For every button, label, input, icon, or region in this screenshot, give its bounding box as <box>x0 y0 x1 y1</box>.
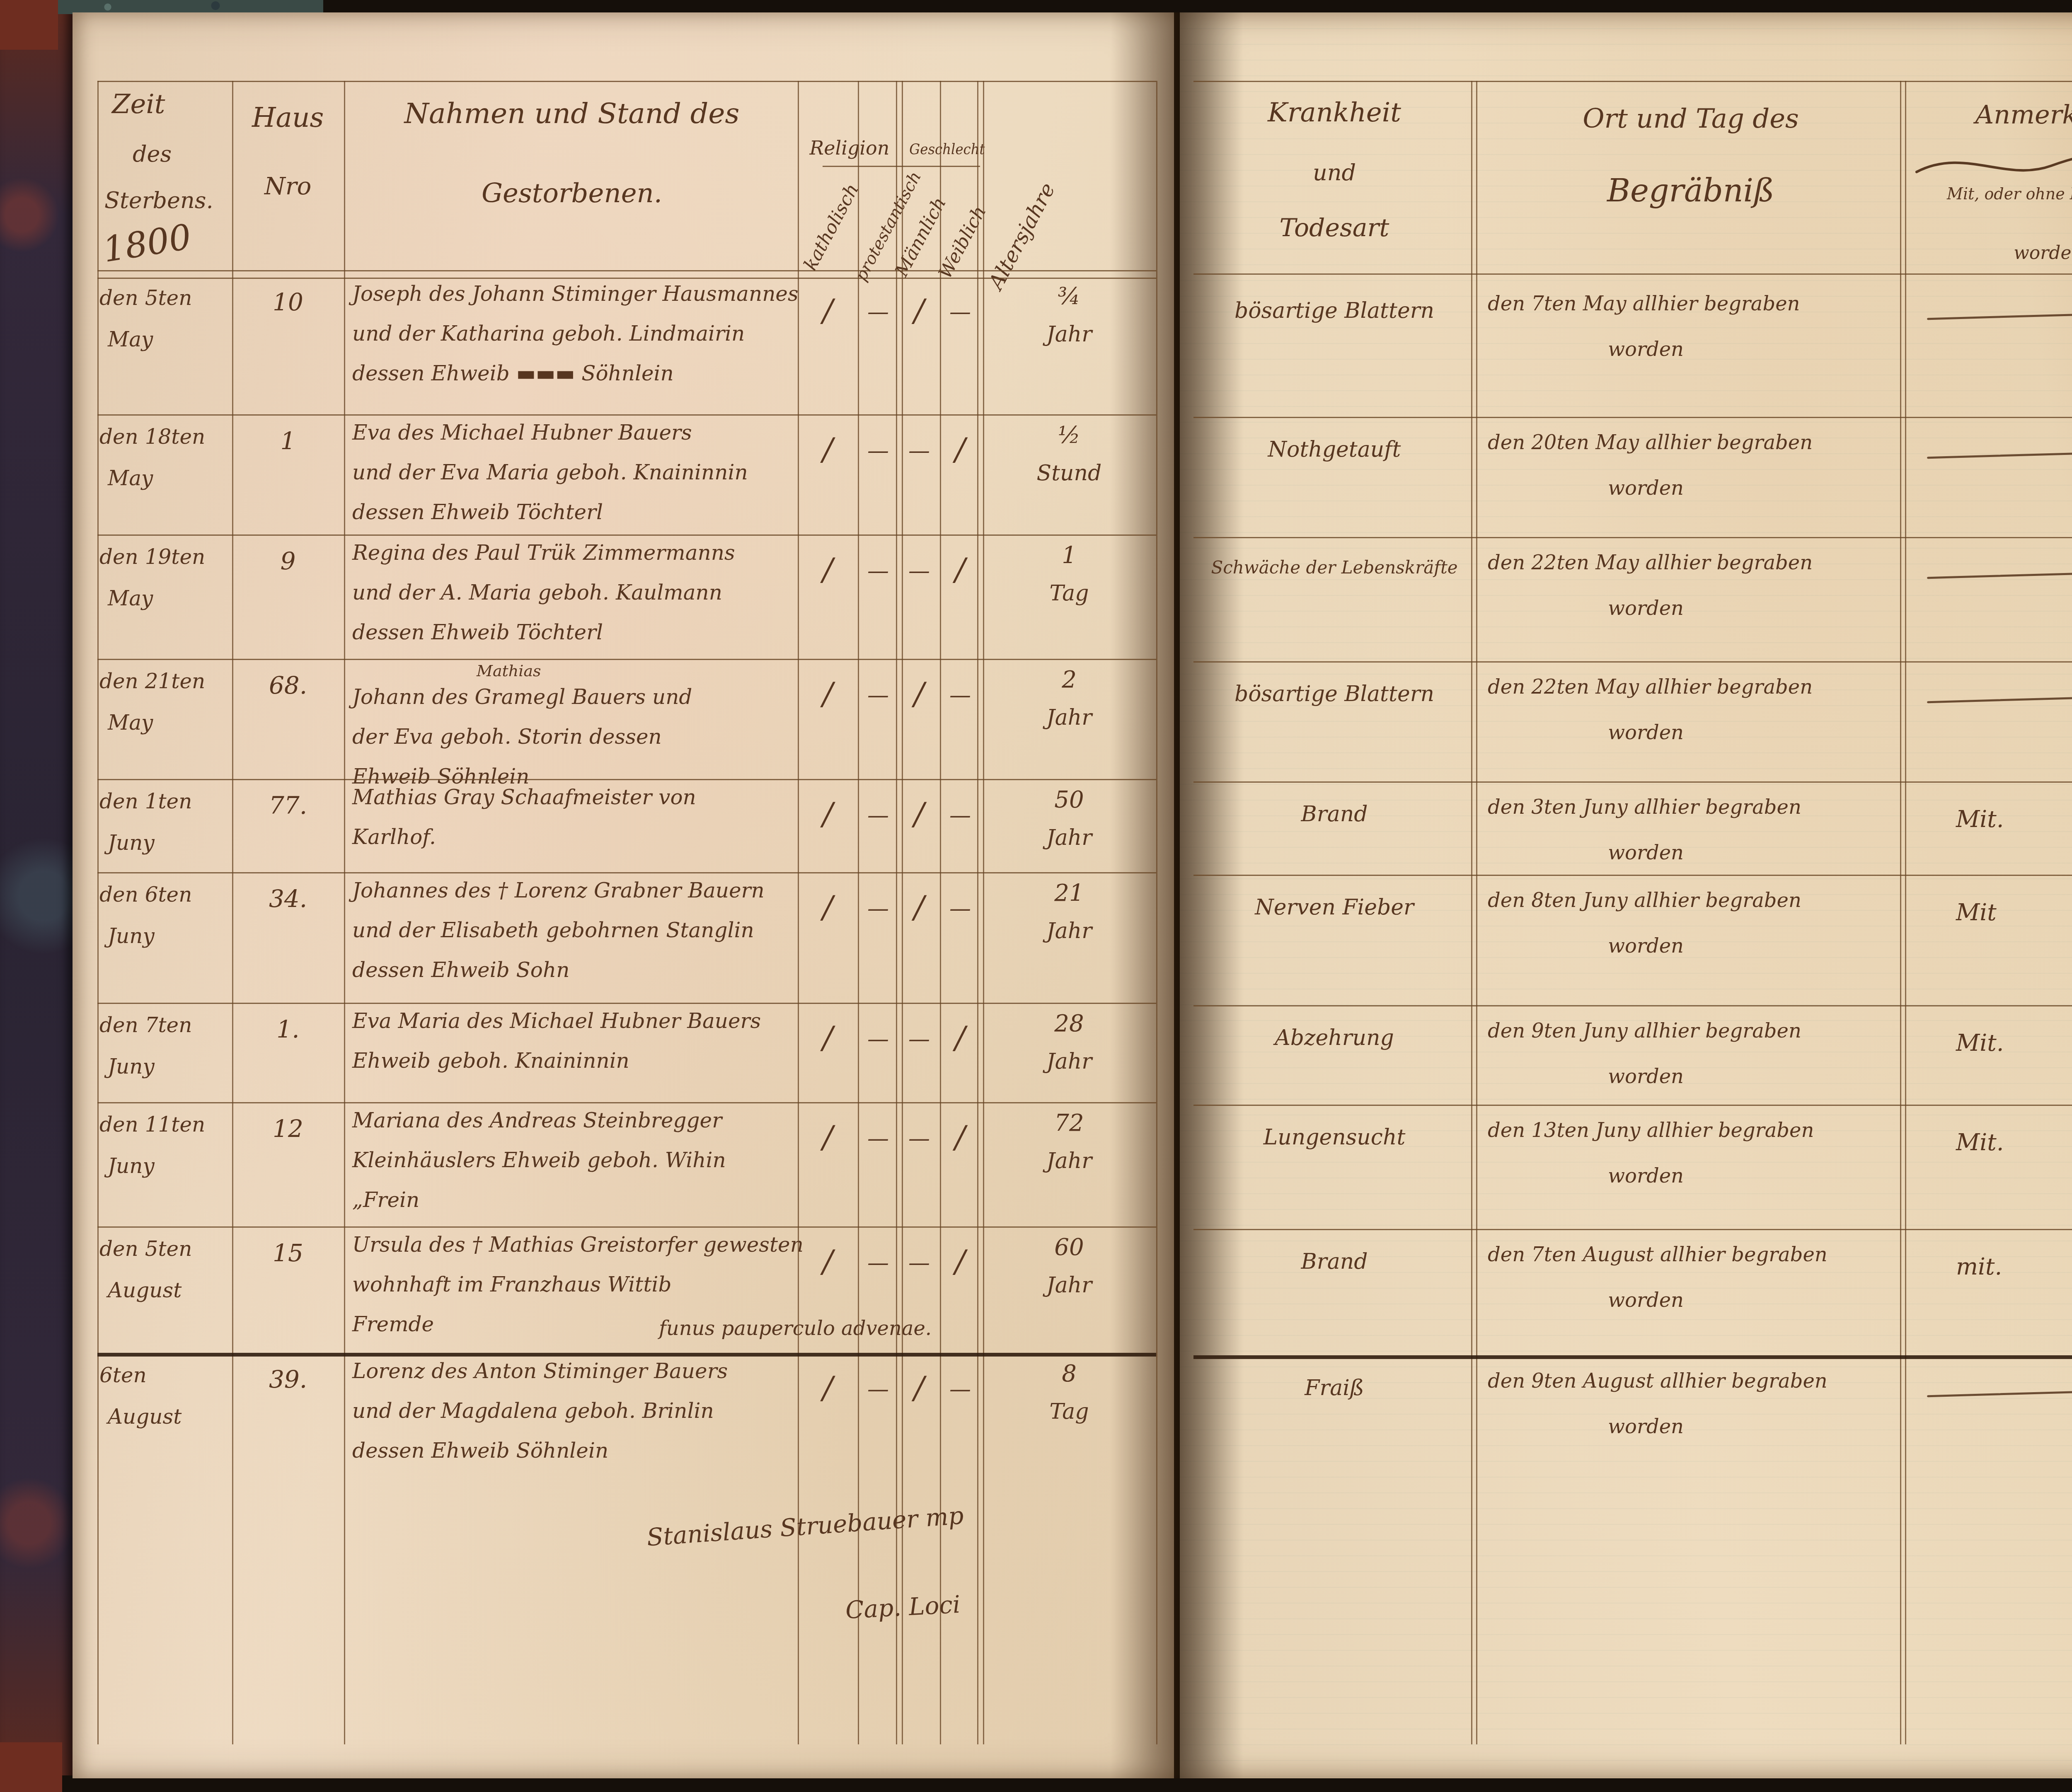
header-begraebniss: Begräbniß <box>1488 172 1894 209</box>
burial-place-date-line1: den 7ten May allhier begraben <box>1488 292 1800 315</box>
header-krankheit: Krankheit <box>1202 97 1467 128</box>
age-value: 8 <box>984 1360 1154 1387</box>
deceased-name-line: Mathias Gray Schaafmeister von <box>352 785 696 809</box>
age-unit: Jahr <box>984 919 1154 943</box>
death-date-line2: Juny <box>108 924 155 948</box>
religion-mark-protestantisch: — <box>858 438 898 463</box>
deceased-name-line: dessen Ehweib Töchterl <box>352 620 603 644</box>
header-haus-nro: Nro <box>264 172 311 200</box>
row-separator <box>97 872 1156 873</box>
column-rule <box>1156 81 1157 1744</box>
column-rule <box>232 81 233 1744</box>
deceased-name-line: und der Elisabeth gebohrnen Stanglin <box>352 918 754 942</box>
row-separator <box>1193 417 2072 418</box>
religion-mark-protestantisch: — <box>858 803 898 828</box>
clergy-signature-line2: Cap. Loci <box>845 1590 961 1624</box>
column-rule <box>1471 81 1472 1744</box>
sex-mark-weiblich: / <box>940 1120 980 1155</box>
sex-mark-weiblich: — <box>940 896 980 921</box>
deceased-name-line: und der A. Maria geboh. Kaulmann <box>352 580 722 605</box>
remark-sacraments: Mit <box>1956 899 1997 926</box>
sex-mark-maennlich: / <box>898 1370 940 1406</box>
age-value: 2 <box>984 666 1154 693</box>
death-date-line2: August <box>108 1405 182 1429</box>
religion-mark-protestantisch: — <box>858 1377 898 1402</box>
deceased-name-line: Joseph des Johann Stiminger Hausmannes <box>352 282 799 306</box>
leather-corner-bottom-left <box>0 1742 62 1792</box>
house-number: 12 <box>232 1115 344 1143</box>
deceased-name-line: dessen Ehweib Söhnlein <box>352 1439 608 1463</box>
column-rule <box>97 81 99 1744</box>
age-value: 60 <box>984 1234 1154 1261</box>
column-rule <box>940 81 941 1744</box>
deceased-name-line: „Frein <box>352 1188 419 1212</box>
burial-place-date-line1: den 20ten May allhier begraben <box>1488 431 1813 454</box>
death-date-line2: Juny <box>108 1054 155 1079</box>
burial-place-date-line1: den 13ten Juny allhier begraben <box>1488 1119 1814 1142</box>
religion-mark-katholisch: / <box>798 293 858 329</box>
header-todesart: Todesart <box>1202 213 1467 242</box>
row-separator <box>1193 875 2072 876</box>
column-rule <box>858 81 859 1744</box>
religion-mark-katholisch: / <box>798 1244 858 1279</box>
death-date-line1: den 5ten <box>99 286 192 310</box>
header-anmerkung: Anmerkung <box>1919 99 2072 130</box>
burial-place-date-line2: worden <box>1608 1289 1684 1312</box>
illness-cause-of-death: Nerven Fieber <box>1202 895 1467 920</box>
deceased-name-line: dessen Ehweib ▬▬▬ Söhnlein <box>352 361 674 385</box>
burial-place-date-line2: worden <box>1608 721 1684 744</box>
death-date-line2: May <box>108 586 153 610</box>
row-separator <box>1193 1005 2072 1006</box>
burial-place-date-line2: worden <box>1608 1415 1684 1438</box>
age-unit: Jahr <box>984 705 1154 730</box>
header-haus: Haus <box>252 102 324 133</box>
ink-flourish <box>1915 143 2072 189</box>
header-zeit: Zeit <box>112 89 165 120</box>
house-number: 68. <box>232 671 344 699</box>
burial-place-date-line1: den 9ten August allhier begraben <box>1488 1369 1828 1393</box>
deceased-name-line: dessen Ehweib Töchterl <box>352 500 603 524</box>
sex-mark-maennlich: — <box>898 1027 940 1052</box>
column-rule <box>1905 81 1906 1744</box>
religion-mark-protestantisch: — <box>858 300 898 324</box>
religion-mark-protestantisch: — <box>858 1250 898 1275</box>
header-gestorbenen: Gestorbenen. <box>352 178 792 209</box>
age-unit: Jahr <box>984 1049 1154 1074</box>
sex-mark-maennlich: / <box>898 676 940 712</box>
page-top-rule <box>1193 81 2072 82</box>
deceased-name-line: und der Eva Maria geboh. Knaininnin <box>352 460 748 484</box>
sex-mark-maennlich: / <box>898 796 940 832</box>
illness-cause-of-death: Lungensucht <box>1202 1125 1467 1150</box>
deceased-name-line: Lorenz des Anton Stiminger Bauers <box>352 1359 728 1383</box>
age-value: 21 <box>984 880 1154 907</box>
age-unit: Jahr <box>984 322 1154 347</box>
sex-mark-maennlich: — <box>898 559 940 583</box>
row-separator <box>1193 1105 2072 1106</box>
age-unit: Jahr <box>984 1273 1154 1298</box>
burial-place-date-line2: worden <box>1608 934 1684 958</box>
religion-mark-protestantisch: — <box>858 683 898 708</box>
death-date-line1: den 5ten <box>99 1237 192 1261</box>
age-unit: Tag <box>984 581 1154 606</box>
illness-cause-of-death: bösartige Blattern <box>1202 682 1467 706</box>
burial-place-date-line2: worden <box>1608 841 1684 864</box>
header-sterbens: Sterbens. <box>104 187 213 213</box>
burial-place-date-line2: worden <box>1608 476 1684 500</box>
column-rule <box>977 81 978 1744</box>
row-separator <box>1193 1355 2072 1359</box>
illness-cause-of-death: Schwäche der Lebenskräfte <box>1202 557 1467 578</box>
header-remark-sub: Mit, oder ohne Hl. Sakramenten <box>1919 184 2072 203</box>
row-separator <box>97 1353 1156 1357</box>
house-number: 15 <box>232 1239 344 1267</box>
sex-mark-maennlich: / <box>898 890 940 925</box>
deceased-name-line: Ehweib geboh. Knaininnin <box>352 1049 629 1073</box>
row-separator <box>97 1226 1156 1228</box>
page-top-rule <box>97 81 1156 82</box>
burial-place-date-line1: den 7ten August allhier begraben <box>1488 1243 1828 1266</box>
column-rule <box>983 81 984 1744</box>
column-rule <box>798 81 799 1744</box>
deceased-name-line: Fremde <box>352 1312 434 1336</box>
deceased-name-line: der Eva geboh. Storin dessen <box>352 725 662 749</box>
religion-mark-protestantisch: — <box>858 896 898 921</box>
sex-mark-weiblich: — <box>940 803 980 828</box>
burial-place-date-line1: den 8ten Juny allhier begraben <box>1488 889 1801 912</box>
religion-mark-protestantisch: — <box>858 1027 898 1052</box>
age-value: ¾ <box>984 283 1154 310</box>
burial-place-date-line1: den 3ten Juny allhier begraben <box>1488 796 1801 819</box>
header-rule <box>97 270 1156 271</box>
burial-place-date-line1: den 22ten May allhier begraben <box>1488 675 1813 699</box>
age-value: 28 <box>984 1010 1154 1037</box>
house-number: 39. <box>232 1365 344 1393</box>
remark-sacraments: Mit. <box>1956 806 2004 833</box>
deceased-name-line: Karlhof. <box>352 825 436 849</box>
leather-corner-top-left <box>0 0 58 50</box>
header-remark-sub2: worden. <box>1968 242 2072 264</box>
column-rule <box>1476 81 1477 1744</box>
burial-place-date-line1: den 22ten May allhier begraben <box>1488 551 1813 574</box>
header-religion: Religion <box>800 137 899 159</box>
illness-cause-of-death: Abzehrung <box>1202 1025 1467 1050</box>
column-rule <box>902 81 903 1744</box>
burial-place-date-line2: worden <box>1608 597 1684 620</box>
deceased-name-line: Mariana des Andreas Steinbregger <box>352 1108 722 1132</box>
deceased-name-line: wohnhaft im Franzhaus Wittib <box>352 1272 672 1296</box>
religion-mark-katholisch: / <box>798 1120 858 1155</box>
death-date-line1: den 21ten <box>99 669 205 693</box>
header-des: des <box>133 141 172 167</box>
house-number: 77. <box>232 791 344 820</box>
sex-mark-weiblich: — <box>940 1377 980 1402</box>
death-date-line2: May <box>108 327 153 351</box>
row-separator <box>97 1003 1156 1004</box>
deceased-name-line: Eva Maria des Michael Hubner Bauers <box>352 1009 761 1033</box>
deceased-name-line: und der Katharina geboh. Lindmairin <box>352 322 745 346</box>
religion-mark-katholisch: / <box>798 890 858 925</box>
age-value: 50 <box>984 786 1154 813</box>
row-separator <box>97 779 1156 780</box>
header-und: und <box>1202 160 1467 186</box>
age-value: 1 <box>984 542 1154 569</box>
register-book-spread: Zeit des Sterbens. 1800 Haus Nro Nahmen … <box>0 0 2072 1792</box>
deceased-name-line: Eva des Michael Hubner Bauers <box>352 421 692 445</box>
death-date-line1: den 6ten <box>99 883 192 907</box>
burial-place-date-line2: worden <box>1608 338 1684 361</box>
age-value: ½ <box>984 422 1154 449</box>
age-unit: Tag <box>984 1399 1154 1424</box>
illness-cause-of-death: Brand <box>1202 1249 1467 1274</box>
row-separator <box>97 414 1156 416</box>
death-date-line1: den 1ten <box>99 789 192 813</box>
sex-mark-maennlich: / <box>898 293 940 329</box>
death-date-line2: May <box>108 466 153 490</box>
death-date-line1: den 7ten <box>99 1013 192 1037</box>
religion-mark-protestantisch: — <box>858 559 898 583</box>
burial-place-date-line2: worden <box>1608 1065 1684 1088</box>
row-separator <box>1193 781 2072 783</box>
religion-mark-katholisch: / <box>798 676 858 712</box>
age-value: 72 <box>984 1110 1154 1137</box>
deceased-name-line: Kleinhäuslers Ehweib geboh. Wihin <box>352 1148 726 1172</box>
header-name-stand: Nahmen und Stand des <box>352 97 792 130</box>
header-ort-tag: Ort und Tag des <box>1488 104 1894 134</box>
row-separator <box>1193 1229 2072 1230</box>
sex-mark-weiblich: — <box>940 300 980 324</box>
sex-mark-maennlich: — <box>898 438 940 463</box>
burial-place-date-line1: den 9ten Juny allhier begraben <box>1488 1019 1801 1042</box>
house-number: 9 <box>232 547 344 575</box>
deceased-name-line: Johannes des † Lorenz Grabner Bauern <box>352 878 765 902</box>
house-number: 1 <box>232 427 344 455</box>
death-date-line1: den 11ten <box>99 1112 205 1137</box>
header-rule <box>97 278 1156 279</box>
row-separator <box>97 1102 1156 1103</box>
illness-cause-of-death: Fraiß <box>1202 1376 1467 1400</box>
remark-sacraments: Mit. <box>1956 1030 2004 1057</box>
death-date-line1: 6ten <box>99 1363 147 1387</box>
column-rule <box>1900 81 1901 1744</box>
death-date-line2: August <box>108 1278 182 1302</box>
row-separator <box>1193 537 2072 538</box>
religion-mark-katholisch: / <box>798 1370 858 1406</box>
row-separator <box>97 659 1156 660</box>
deceased-name-line: Johann des Gramegl Bauers und <box>352 685 692 709</box>
religion-mark-katholisch: / <box>798 432 858 467</box>
deceased-name-line: Regina des Paul Trük Zimmermanns <box>352 541 735 565</box>
column-rule <box>344 81 345 1744</box>
sex-mark-weiblich: / <box>940 552 980 588</box>
age-unit: Jahr <box>984 1149 1154 1173</box>
religion-mark-katholisch: / <box>798 552 858 588</box>
house-number: 1. <box>232 1015 344 1043</box>
age-unit: Jahr <box>984 825 1154 850</box>
deceased-name-line: und der Magdalena geboh. Brinlin <box>352 1399 714 1423</box>
sex-mark-weiblich: / <box>940 1020 980 1056</box>
sex-mark-weiblich: / <box>940 1244 980 1279</box>
death-date-line2: May <box>108 711 153 735</box>
book-cover-marbled-edge <box>0 0 73 1792</box>
death-date-line1: den 18ten <box>99 425 205 449</box>
religion-mark-katholisch: / <box>798 1020 858 1056</box>
row-separator <box>1193 661 2072 663</box>
remark-sacraments: Mit. <box>1956 1129 2004 1156</box>
religion-underline <box>823 166 980 167</box>
row-separator <box>97 534 1156 536</box>
house-number: 34. <box>232 885 344 913</box>
illness-cause-of-death: Brand <box>1202 802 1467 827</box>
sex-mark-maennlich: — <box>898 1126 940 1151</box>
death-date-line2: Juny <box>108 831 155 855</box>
religion-mark-katholisch: / <box>798 796 858 832</box>
remark-sacraments: mit. <box>1956 1253 2002 1280</box>
house-number: 10 <box>232 288 344 316</box>
column-rule <box>896 81 897 1744</box>
sex-mark-weiblich: / <box>940 432 980 467</box>
age-unit: Stund <box>984 461 1154 486</box>
header-rule <box>1193 273 2072 275</box>
name-interline: Mathias <box>477 662 541 680</box>
deceased-name-line: dessen Ehweib Sohn <box>352 958 569 982</box>
death-date-line1: den 19ten <box>99 545 205 569</box>
illness-cause-of-death: Nothgetauft <box>1202 437 1467 462</box>
deceased-name-line: Ursula des † Mathias Greistorfer geweste… <box>352 1233 804 1257</box>
burial-place-date-line2: worden <box>1608 1164 1684 1187</box>
latin-funeral-note: funus pauperculo advenae. <box>659 1317 932 1340</box>
death-date-line2: Juny <box>108 1154 155 1178</box>
sex-mark-maennlich: — <box>898 1250 940 1275</box>
illness-cause-of-death: bösartige Blattern <box>1202 298 1467 323</box>
marbled-board-top <box>54 0 323 14</box>
sex-mark-weiblich: — <box>940 683 980 708</box>
religion-mark-protestantisch: — <box>858 1126 898 1151</box>
